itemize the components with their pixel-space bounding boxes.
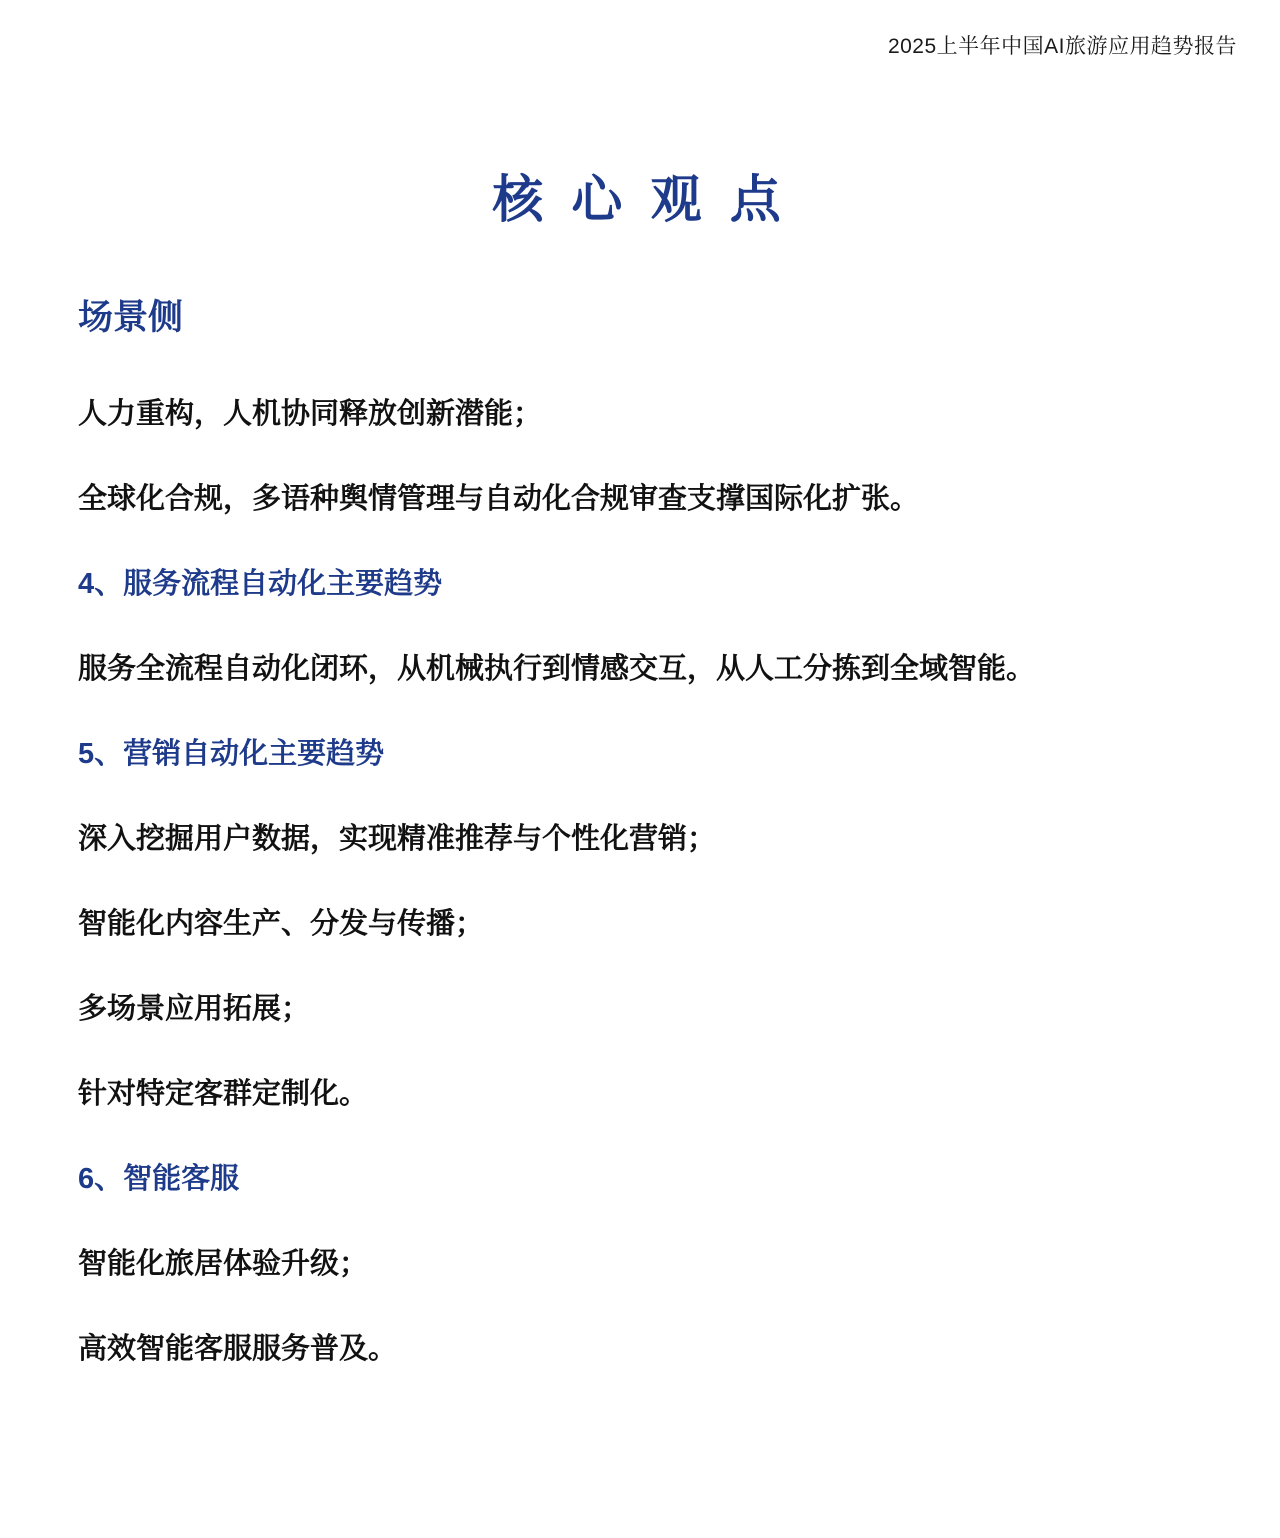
paragraph: 人力重构，人机协同释放创新潜能； bbox=[78, 395, 1220, 433]
paragraph: 智能化旅居体验升级； bbox=[78, 1245, 1220, 1283]
paragraph: 多场景应用拓展； bbox=[78, 990, 1220, 1028]
page-title: 核 心 观 点 bbox=[0, 158, 1280, 232]
subheading: 6、智能客服 bbox=[78, 1160, 1220, 1198]
paragraph: 高效智能客服服务普及。 bbox=[78, 1330, 1220, 1368]
report-header: 2025上半年中国AI旅游应用趋势报告 bbox=[888, 30, 1237, 60]
paragraph: 全球化合规，多语种舆情管理与自动化合规审查支撑国际化扩张。 bbox=[78, 480, 1220, 518]
content-blocks: 场景侧人力重构，人机协同释放创新潜能；全球化合规，多语种舆情管理与自动化合规审查… bbox=[78, 297, 1220, 1415]
paragraph: 针对特定客群定制化。 bbox=[78, 1075, 1220, 1113]
subheading: 5、营销自动化主要趋势 bbox=[78, 735, 1220, 773]
subheading: 4、服务流程自动化主要趋势 bbox=[78, 565, 1220, 603]
paragraph: 深入挖掘用户数据，实现精准推荐与个性化营销； bbox=[78, 820, 1220, 858]
section-heading: 场景侧 bbox=[78, 297, 1220, 339]
paragraph: 智能化内容生产、分发与传播； bbox=[78, 905, 1220, 943]
paragraph: 服务全流程自动化闭环，从机械执行到情感交互，从人工分拣到全域智能。 bbox=[78, 650, 1220, 688]
